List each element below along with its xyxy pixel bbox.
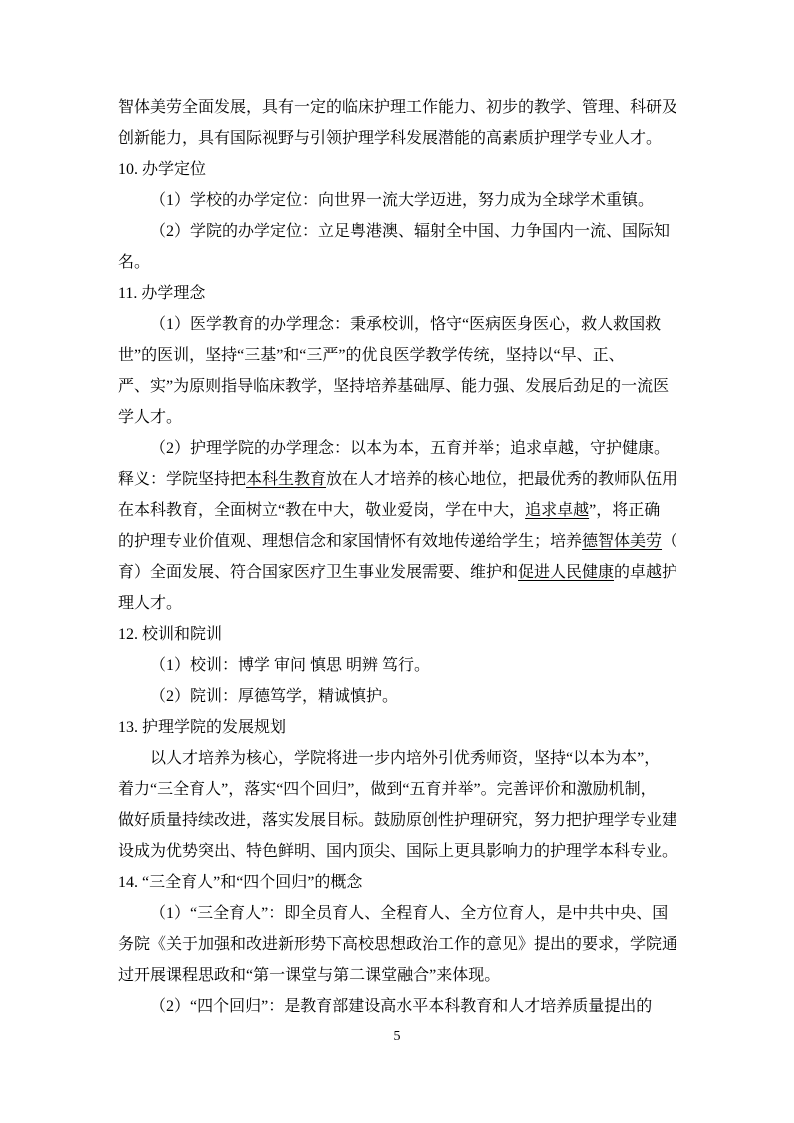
paragraph-line: 务院《关于加强和改进新形势下高校思想政治工作的意见》提出的要求，学院通 [118, 929, 676, 960]
paragraph-line: 智体美劳全面发展，具有一定的临床护理工作能力、初步的教学、管理、科研及 [118, 92, 676, 123]
text-segment: 释义：学院坚持把 [118, 471, 246, 488]
paragraph-line: （1）“三全育人”：即全员育人、全程育人、全方位育人，是中共中央、国 [118, 898, 676, 929]
text-segment: 11. 办学理念 [118, 285, 205, 302]
document-page: 智体美劳全面发展，具有一定的临床护理工作能力、初步的教学、管理、科研及创新能力，… [0, 0, 794, 1123]
text-segment: （2）院训：厚德笃学，精诚慎护。 [150, 688, 398, 705]
paragraph-line: 过开展课程思政和“第一课堂与第二课堂融合”来体现。 [118, 960, 676, 991]
paragraph-line: （1）校训：博学 审问 慎思 明辨 笃行。 [118, 650, 676, 681]
text-segment: （1）医学教育的办学理念：秉承校训，恪守“医病医身医心，救人救国救 [150, 316, 661, 333]
text-segment: （五 [662, 533, 676, 550]
paragraph-line: 着力“三全育人”，落实“四个回归”，做到“五育并举”。完善评价和激励机制， [118, 774, 676, 805]
text-segment: 的护理专业价值观、理想信念和家国情怀有效地传递给学生；培养 [118, 533, 582, 550]
text-segment: 智体美劳全面发展，具有一定的临床护理工作能力、初步的教学、管理、科研及 [118, 99, 676, 116]
paragraph-line: 世”的医训，坚持“三基”和“三严”的优良医学教学传统，坚持以“早、正、 [118, 340, 676, 371]
section-heading: 11. 办学理念 [118, 278, 676, 309]
text-segment: 世”的医训，坚持“三基”和“三严”的优良医学教学传统，坚持以“早、正、 [118, 347, 625, 364]
text-segment: （2）学院的办学定位：立足粤港澳、辐射全中国、力争国内一流、国际知 [150, 223, 670, 240]
text-segment: ”，将正确 [589, 502, 660, 519]
paragraph-line: 创新能力，具有国际视野与引领护理学科发展潜能的高素质护理学专业人才。 [118, 123, 676, 154]
text-segment: 育）全面发展、符合国家医疗卫生事业发展需要、维护和 [118, 564, 518, 581]
text-segment: （1）校训：博学 审问 慎思 明辨 笃行。 [150, 657, 430, 674]
underlined-text: 本科生教育 [246, 471, 326, 488]
paragraph-line: 理人才。 [118, 588, 676, 619]
paragraph-line: 做好质量持续改进，落实发展目标。鼓励原创性护理研究，努力把护理学专业建 [118, 805, 676, 836]
text-segment: （1）“三全育人”：即全员育人、全程育人、全方位育人，是中共中央、国 [150, 905, 668, 922]
text-segment: 12. 校训和院训 [118, 626, 222, 643]
paragraph-line: 育）全面发展、符合国家医疗卫生事业发展需要、维护和促进人民健康的卓越护 [118, 557, 676, 588]
text-segment: 名。 [118, 254, 150, 271]
paragraph-line: 严、实”为原则指导临床教学，坚持培养基础厚、能力强、发展后劲足的一流医 [118, 371, 676, 402]
paragraph-line: （1）学校的办学定位：向世界一流大学迈进，努力成为全球学术重镇。 [118, 185, 676, 216]
text-segment: 在本科教育，全面树立“教在中大，敬业爱岗，学在中大， [118, 502, 525, 519]
section-heading: 14. “三全育人”和“四个回归”的概念 [118, 867, 676, 898]
underlined-text: 促进人民健康 [518, 564, 614, 581]
paragraph-line: 设成为优势突出、特色鲜明、国内顶尖、国际上更具影响力的护理学本科专业。 [118, 836, 676, 867]
paragraph-line: 的护理专业价值观、理想信念和家国情怀有效地传递给学生；培养德智体美劳（五 [118, 526, 676, 557]
paragraph-line: 以人才培养为核心，学院将进一步内培外引优秀师资，坚持“以本为本”， [118, 743, 676, 774]
paragraph-line: 在本科教育，全面树立“教在中大，敬业爱岗，学在中大，追求卓越”，将正确 [118, 495, 676, 526]
text-segment: 过开展课程思政和“第一课堂与第二课堂融合”来体现。 [118, 967, 500, 984]
text-segment: 以人才培养为核心，学院将进一步内培外引优秀师资，坚持“以本为本”， [150, 750, 660, 767]
text-segment: 创新能力，具有国际视野与引领护理学科发展潜能的高素质护理学专业人才。 [118, 130, 662, 147]
text-segment: 着力“三全育人”，落实“四个回归”，做到“五育并举”。完善评价和激励机制， [118, 781, 657, 798]
text-segment: 理人才。 [118, 595, 182, 612]
paragraph-line: （2）“四个回归”：是教育部建设高水平本科教育和人才培养质量提出的 [118, 991, 676, 1022]
text-segment: 做好质量持续改进，落实发展目标。鼓励原创性护理研究，努力把护理学专业建 [118, 812, 676, 829]
paragraph-line: （1）医学教育的办学理念：秉承校训，恪守“医病医身医心，救人救国救 [118, 309, 676, 340]
page-number: 5 [118, 1028, 676, 1046]
text-segment: 10. 办学定位 [118, 161, 206, 178]
paragraph-line: 名。 [118, 247, 676, 278]
text-segment: 的卓越护 [614, 564, 676, 581]
paragraph-line: 学人才。 [118, 402, 676, 433]
text-segment: （2）“四个回归”：是教育部建设高水平本科教育和人才培养质量提出的 [150, 998, 652, 1015]
text-segment: （2）护理学院的办学理念：以本为本，五育并举；追求卓越，守护健康。 [150, 440, 670, 457]
text-segment: （1）学校的办学定位：向世界一流大学迈进，努力成为全球学术重镇。 [150, 192, 654, 209]
paragraph-line: （2）护理学院的办学理念：以本为本，五育并举；追求卓越，守护健康。 [118, 433, 676, 464]
text-segment: 设成为优势突出、特色鲜明、国内顶尖、国际上更具影响力的护理学本科专业。 [118, 843, 676, 860]
underlined-text: 追求卓越 [525, 502, 589, 519]
text-segment: 14. “三全育人”和“四个回归”的概念 [118, 874, 362, 891]
paragraph-line: 释义：学院坚持把本科生教育放在人才培养的核心地位，把最优秀的教师队伍用 [118, 464, 676, 495]
text-segment: 严、实”为原则指导临床教学，坚持培养基础厚、能力强、发展后劲足的一流医 [118, 378, 669, 395]
document-body: 智体美劳全面发展，具有一定的临床护理工作能力、初步的教学、管理、科研及创新能力，… [118, 92, 676, 1022]
text-segment: 学人才。 [118, 409, 182, 426]
paragraph-line: （2）院训：厚德笃学，精诚慎护。 [118, 681, 676, 712]
text-segment: 放在人才培养的核心地位，把最优秀的教师队伍用 [326, 471, 676, 488]
section-heading: 12. 校训和院训 [118, 619, 676, 650]
text-segment: 13. 护理学院的发展规划 [118, 719, 286, 736]
paragraph-line: （2）学院的办学定位：立足粤港澳、辐射全中国、力争国内一流、国际知 [118, 216, 676, 247]
text-segment: 务院《关于加强和改进新形势下高校思想政治工作的意见》提出的要求，学院通 [118, 936, 676, 953]
section-heading: 13. 护理学院的发展规划 [118, 712, 676, 743]
underlined-text: 德智体美劳 [582, 533, 662, 550]
section-heading: 10. 办学定位 [118, 154, 676, 185]
